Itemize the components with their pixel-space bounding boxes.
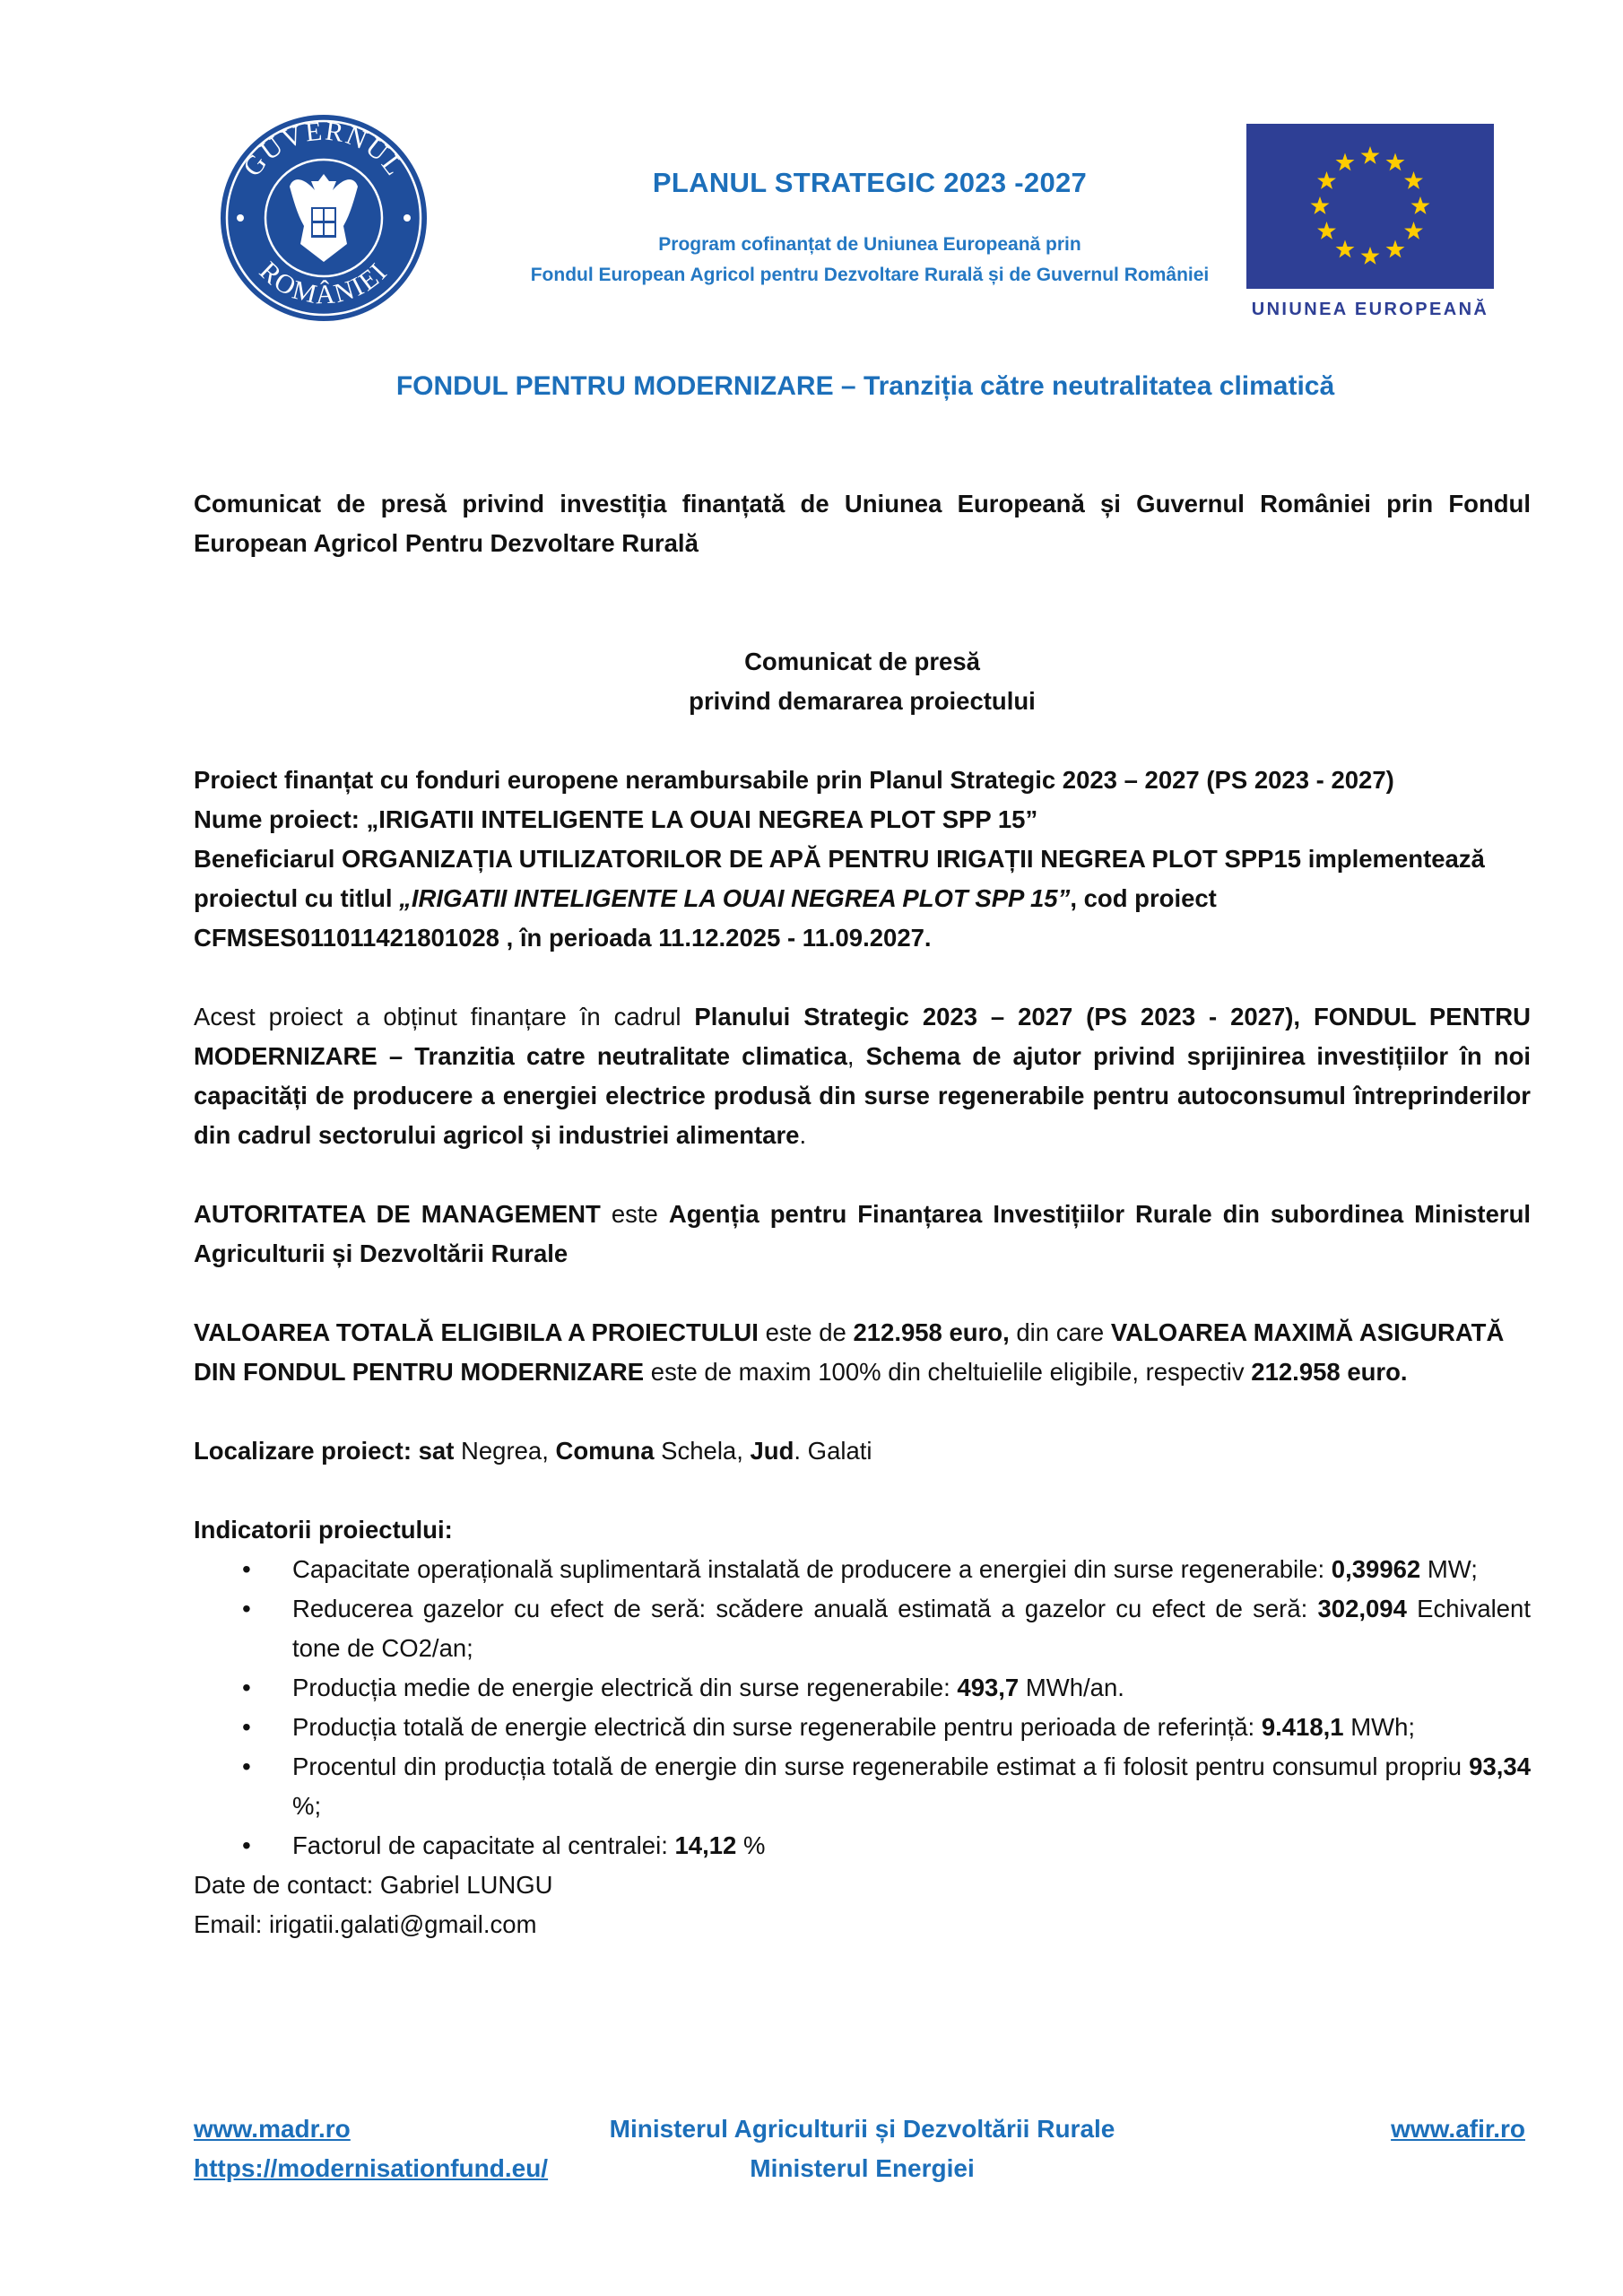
- village: Negrea,: [454, 1437, 555, 1465]
- indicator-item: Factorul de capacitate al centralei: 14,…: [292, 1826, 1531, 1865]
- county-label: Jud: [751, 1437, 794, 1465]
- indicator-unit: MWh;: [1344, 1713, 1415, 1741]
- indicator-text: Reducerea gazelor cu efect de seră: scăd…: [292, 1595, 1317, 1622]
- indicator-unit: %;: [292, 1792, 321, 1820]
- romanian-coat-of-arms-icon: GUVERNUL ROMÂNIEI: [219, 113, 429, 323]
- project-details: Proiect finanțat cu fonduri europene ner…: [194, 761, 1531, 958]
- indicator-unit: %: [736, 1831, 765, 1859]
- commune: Schela,: [655, 1437, 751, 1465]
- indicator-value: 493,7: [957, 1674, 1019, 1701]
- eu-flag-icon: [1246, 124, 1494, 289]
- indicator-value: 9.418,1: [1262, 1713, 1344, 1741]
- total-value-label: VALOAREA TOTALĂ ELIGIBILA A PROIECTULUI: [194, 1318, 759, 1346]
- financing-line: Proiect finanțat cu fonduri europene ner…: [194, 761, 1531, 800]
- indicator-item: Producția medie de energie electrică din…: [292, 1668, 1531, 1708]
- strategic-plan-header: PLANUL STRATEGIC 2023 -2027 Program cofi…: [466, 167, 1273, 291]
- text: .: [799, 1121, 806, 1149]
- value-paragraph: VALOAREA TOTALĂ ELIGIBILA A PROIECTULUI …: [194, 1313, 1531, 1392]
- indicator-text: Producția totală de energie electrică di…: [292, 1713, 1262, 1741]
- authority-label: AUTORITATEA DE MANAGEMENT: [194, 1200, 601, 1228]
- indicator-text: Procentul din producția totală de energi…: [292, 1752, 1469, 1780]
- indicator-item: Reducerea gazelor cu efect de seră: scăd…: [292, 1589, 1531, 1668]
- plan-subtitle-line2: Fondul European Agricol pentru Dezvoltar…: [466, 260, 1273, 291]
- indicators-heading: Indicatorii proiectului:: [194, 1510, 1531, 1550]
- location-paragraph: Localizare proiect: sat Negrea, Comuna S…: [194, 1431, 1531, 1471]
- contact-email: Email: irigatii.galati@gmail.com: [194, 1905, 1531, 1944]
- indicator-item: Producția totală de energie electrică di…: [292, 1708, 1531, 1747]
- ministry-energy: Ministerul Energiei: [194, 2149, 1531, 2188]
- project-period: , în perioada 11.12.2025 - 11.09.2027.: [499, 924, 932, 952]
- indicator-value: 93,34: [1469, 1752, 1531, 1780]
- authority-paragraph: AUTORITATEA DE MANAGEMENT este Agenția p…: [194, 1195, 1531, 1274]
- indicator-value: 14,12: [674, 1831, 736, 1859]
- contact-person: Date de contact: Gabriel LUNGU: [194, 1865, 1531, 1905]
- footer-row-1: www.madr.ro Ministerul Agriculturii și D…: [194, 2109, 1531, 2149]
- eu-label: UNIUNEA EUROPEANĂ: [1243, 300, 1497, 320]
- max-value: 212.958 euro.: [1251, 1358, 1407, 1386]
- total-value: 212.958 euro,: [853, 1318, 1009, 1346]
- project-name: Nume proiect: „IRIGATII INTELIGENTE LA O…: [194, 800, 1531, 839]
- plan-subtitle-line1: Program cofinanțat de Uniunea Europeană …: [466, 230, 1273, 260]
- indicators-list: Capacitate operațională suplimentară ins…: [194, 1550, 1531, 1865]
- indicator-item: Procentul din producția totală de energi…: [292, 1747, 1531, 1826]
- text: ,: [847, 1042, 866, 1070]
- ministry-agriculture: Ministerul Agriculturii și Dezvoltării R…: [194, 2109, 1531, 2149]
- indicator-item: Capacitate operațională suplimentară ins…: [292, 1550, 1531, 1589]
- financing-paragraph: Acest proiect a obținut finanțare în cad…: [194, 997, 1531, 1155]
- footer-row-2: https://modernisationfund.eu/ Ministerul…: [194, 2149, 1531, 2188]
- code-label: , cod proiect: [1070, 884, 1217, 912]
- fund-title: FONDUL PENTRU MODERNIZARE – Tranziția că…: [0, 371, 1623, 402]
- indicator-unit: MWh/an.: [1019, 1674, 1124, 1701]
- text: este de maxim 100% din cheltuielile elig…: [644, 1358, 1251, 1386]
- indicator-text: Factorul de capacitate al centralei:: [292, 1831, 674, 1859]
- text: este: [601, 1200, 669, 1228]
- text: din care: [1010, 1318, 1111, 1346]
- location-label: Localizare proiect: sat: [194, 1437, 454, 1465]
- county: . Galati: [794, 1437, 872, 1465]
- project-title-italic: „IRIGATII INTELIGENTE LA OUAI NEGREA PLO…: [399, 884, 1070, 912]
- project-code: CFMSES011011421801028: [194, 924, 499, 952]
- press-release-body: Comunicat de presă privind investiția fi…: [194, 484, 1531, 1944]
- beneficiary-line: Beneficiarul ORGANIZAȚIA UTILIZATORILOR …: [194, 839, 1531, 958]
- footer: www.madr.ro Ministerul Agriculturii și D…: [194, 2109, 1531, 2188]
- intro-paragraph: Comunicat de presă privind investiția fi…: [194, 484, 1531, 563]
- text: Acest proiect a obținut finanțare în cad…: [194, 1003, 694, 1031]
- indicator-text: Producția medie de energie electrică din…: [292, 1674, 957, 1701]
- afir-link[interactable]: www.afir.ro: [1391, 2109, 1525, 2149]
- indicator-value: 0,39962: [1332, 1555, 1420, 1583]
- press-heading: Comunicat de presă privind demararea pro…: [194, 642, 1531, 721]
- indicator-value: 302,094: [1317, 1595, 1406, 1622]
- plan-title: PLANUL STRATEGIC 2023 -2027: [466, 167, 1273, 199]
- press-heading-line2: privind demararea proiectului: [194, 682, 1531, 721]
- indicator-text: Capacitate operațională suplimentară ins…: [292, 1555, 1332, 1583]
- plan-subtitle: Program cofinanțat de Uniunea Europeană …: [466, 230, 1273, 291]
- press-heading-line1: Comunicat de presă: [194, 642, 1531, 682]
- commune-label: Comuna: [556, 1437, 655, 1465]
- text: este de: [759, 1318, 854, 1346]
- government-logo: GUVERNUL ROMÂNIEI: [219, 113, 429, 323]
- indicator-unit: MW;: [1420, 1555, 1478, 1583]
